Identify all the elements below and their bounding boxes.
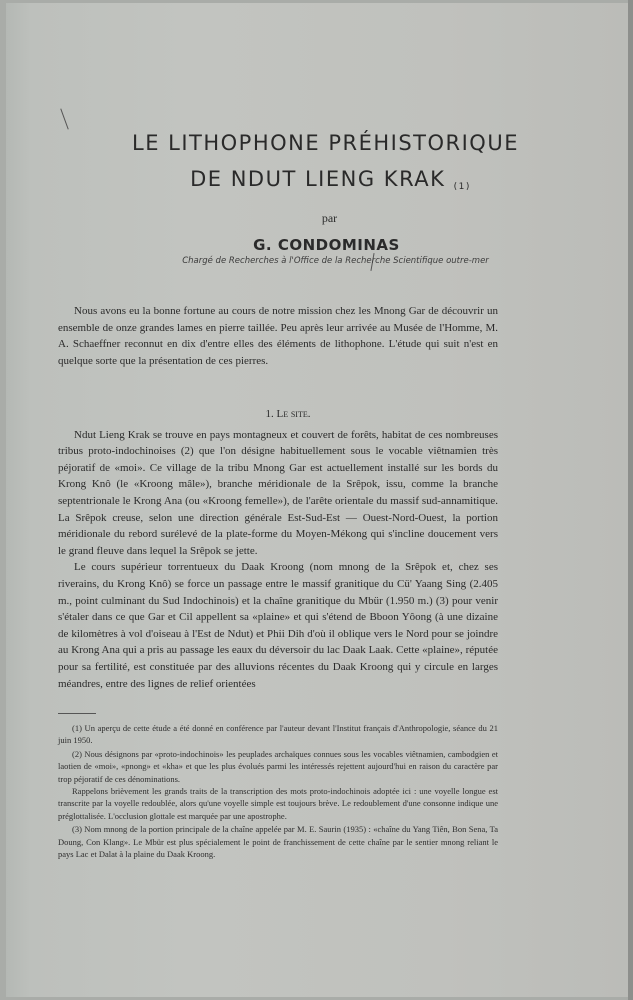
title-footnote-ref[interactable]: (1) [454,182,471,192]
title-line-2: DE NDUT LIENG KRAK (1) [0,161,633,197]
title-line-1: LE LITHOPHONE PRÉHISTORIQUE [0,125,633,161]
footnote-1: (1) Un aperçu de cette étude a été donné… [58,722,498,747]
by-label: par [0,211,633,226]
footnotes: (1) Un aperçu de cette étude a été donné… [58,722,498,860]
footnote-3: (3) Nom mnong de la portion principale d… [58,823,498,860]
intro-paragraph: Nous avons eu la bonne fortune au cours … [58,303,498,369]
footnote-divider [58,713,96,714]
body-paragraph: Le cours supérieur torrentueux du Daak K… [58,559,498,692]
title-block: LE LITHOPHONE PRÉHISTORIQUE DE NDUT LIEN… [0,125,633,266]
section-heading: 1. Le site. [58,406,498,423]
title-line-2-text: DE NDUT LIENG KRAK [190,167,445,191]
footnote-2: (2) Nous désignons par «proto-indochinoi… [58,748,498,785]
section-site: 1. Le site. Ndut Lieng Krak se trouve en… [58,398,498,692]
body-paragraph: Ndut Lieng Krak se trouve en pays montag… [58,427,498,560]
author-name: G. CONDOMINAS [0,236,633,254]
author-affiliation: Chargé de Recherches à l'Office de la Re… [0,256,633,266]
intro-section: Nous avons eu la bonne fortune au cours … [58,303,498,369]
footnote-2-continued: Rappelons brièvement les grands traits d… [58,785,498,822]
